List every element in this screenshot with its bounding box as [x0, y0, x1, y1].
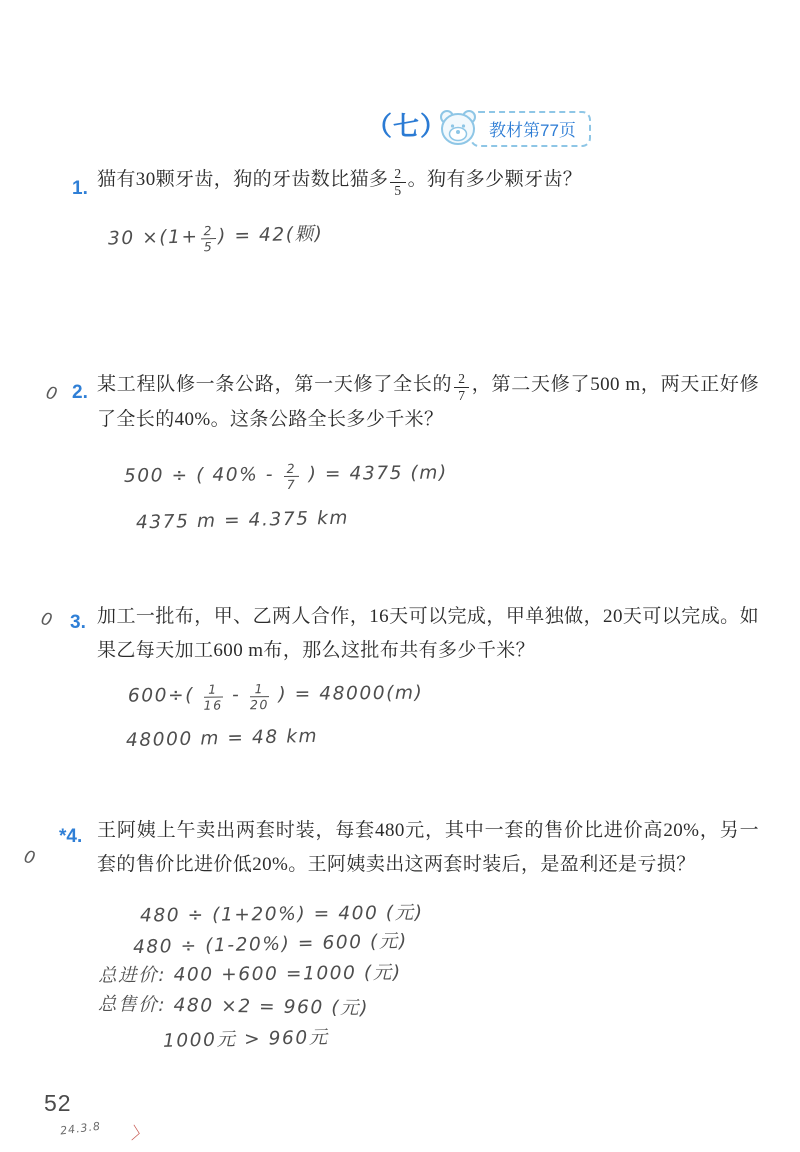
- problem-2-text: 某工程队修一条公路，第一天修了全长的27，第二天修了500 m，两天正好修了全长…: [97, 368, 759, 437]
- problem-2-number: 2.: [72, 382, 88, 404]
- problem-1-number: 1.: [72, 178, 88, 200]
- answer-segment: -: [224, 684, 247, 705]
- bear-icon: [436, 106, 480, 148]
- fraction-denominator: 7: [284, 477, 300, 491]
- handwritten-answer-4-line-1: 480 ÷ (1+20%) = 400 (元): [140, 899, 424, 928]
- text-segment: 猫有30颗牙齿，狗的牙齿数比猫多: [97, 169, 388, 190]
- fraction-numerator: 2: [454, 372, 469, 388]
- page-number: 52: [44, 1090, 72, 1117]
- fraction-denominator: 20: [250, 697, 269, 711]
- fraction-numerator: 2: [200, 224, 216, 239]
- handwritten-answer-4-line-2: 480 ÷ (1-20%) = 600 (元): [133, 927, 408, 959]
- workbook-page: （七） 教材第77页 1. 猫有30颗牙齿，狗的牙齿数比猫多25。狗有多少颗牙齿…: [0, 0, 800, 1152]
- text-segment: 。狗有多少颗牙齿？: [408, 169, 583, 190]
- fraction-numerator: 2: [283, 462, 299, 477]
- fraction-denominator: 5: [201, 239, 217, 253]
- handwritten-answer-2-line-1: 500 ÷ ( 40% - 27 ) = 4375 (m): [124, 460, 448, 493]
- answer-segment: ) = 42(颗): [218, 224, 324, 247]
- text-segment: 某工程队修一条公路，第一天修了全长的: [97, 374, 452, 395]
- fraction-denominator: 5: [390, 183, 405, 198]
- problem-3-number: 3.: [70, 612, 86, 634]
- fraction-denominator: 16: [204, 698, 223, 712]
- handwritten-fraction: 27: [283, 462, 299, 491]
- handwritten-answer-4-line-5: 1000元 > 960元: [163, 1023, 329, 1053]
- answer-segment: 600÷(: [128, 685, 202, 707]
- handwritten-fraction: 116: [203, 683, 222, 712]
- problem-1-text: 猫有30颗牙齿，狗的牙齿数比猫多25。狗有多少颗牙齿？: [97, 163, 759, 198]
- problem-4-text: 王阿姨上午卖出两套时装，每套480元，其中一套的售价比进价高20%，另一套的售价…: [97, 814, 759, 882]
- handwritten-answer-3-line-2: 48000 m = 48 km: [126, 726, 319, 751]
- answer-segment: ) = 4375 (m): [301, 462, 448, 485]
- handwritten-fraction: 25: [200, 224, 216, 254]
- fraction-numerator: 2: [390, 167, 405, 183]
- fraction-numerator: 1: [250, 682, 269, 697]
- printed-fraction: 25: [390, 167, 405, 198]
- margin-mark-zero: 0: [44, 383, 59, 405]
- handwritten-answer-3-line-1: 600÷( 116 - 120 ) = 48000(m): [128, 680, 424, 712]
- problem-4-number: *4.: [59, 826, 82, 848]
- handwritten-answer-4-line-3: 总进价: 400 +600 =1000 (元): [98, 958, 402, 987]
- printed-fraction: 27: [454, 372, 469, 403]
- answer-segment: 500 ÷ ( 40% -: [124, 464, 282, 487]
- handwritten-date-note: 24.3.8: [59, 1120, 101, 1138]
- textbook-page-badge-label: 教材第77页: [470, 111, 591, 147]
- handwritten-answer-1: 30 ×(1+25) = 42(颗): [108, 220, 324, 256]
- red-check-mark: 〉: [130, 1119, 150, 1146]
- problem-3-text: 加工一批布，甲、乙两人合作，16天可以完成，甲单独做，20天可以完成。如果乙每天…: [97, 600, 759, 668]
- text-segment: 加工一批布，甲、乙两人合作，16天可以完成，甲单独做，20天可以完成。如果乙每天…: [97, 606, 759, 661]
- handwritten-answer-2-line-2: 4375 m = 4.375 km: [136, 508, 349, 534]
- text-segment: 王阿姨上午卖出两套时装，每套480元，其中一套的售价比进价高20%，另一套的售价…: [97, 820, 759, 875]
- answer-segment: 30 ×(1+: [108, 226, 199, 249]
- handwritten-fraction: 120: [250, 682, 269, 711]
- section-title: （七）: [366, 106, 447, 143]
- margin-mark-zero: 0: [39, 609, 54, 631]
- answer-segment: ) = 48000(m): [271, 683, 424, 706]
- handwritten-answer-4-line-4: 总售价: 480 ×2 = 960 (元): [98, 990, 369, 1020]
- fraction-denominator: 7: [454, 388, 469, 403]
- margin-mark-zero: 0: [22, 847, 37, 869]
- fraction-numerator: 1: [203, 683, 222, 698]
